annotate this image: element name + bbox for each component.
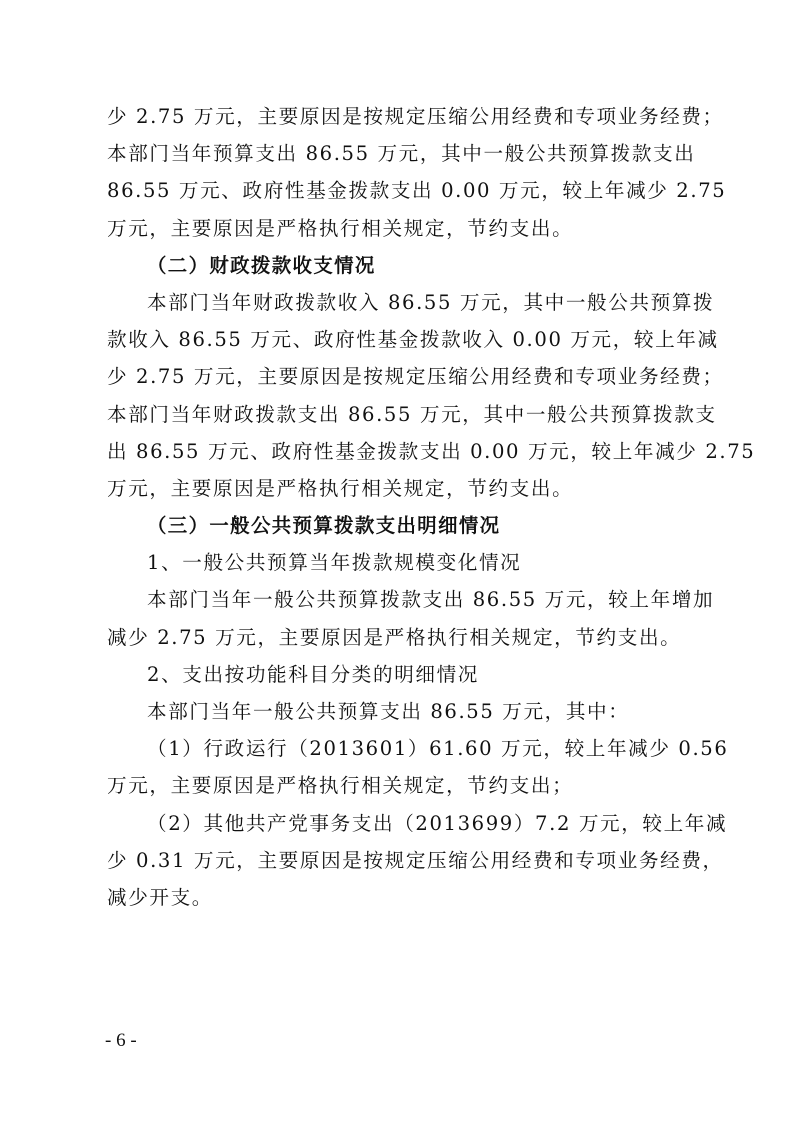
- section-heading-general-budget-detail: （三）一般公共预算拨款支出明细情况: [107, 507, 693, 544]
- paragraph-line: 本部门当年预算支出 86.55 万元，其中一般公共预算拨款支出: [107, 135, 693, 172]
- paragraph-line: 款收入 86.55 万元、政府性基金拨款收入 0.00 万元，较上年减: [107, 321, 693, 358]
- list-item-line: （2）其他共产党事务支出（2013699）7.2 万元，较上年减: [107, 805, 693, 842]
- subsection-title: 1、一般公共预算当年拨款规模变化情况: [107, 544, 693, 581]
- paragraph-line: 本部门当年一般公共预算拨款支出 86.55 万元，较上年增加: [107, 581, 693, 618]
- list-item-line: 减少开支。: [107, 879, 693, 916]
- subsection-title: 2、支出按功能科目分类的明细情况: [107, 656, 693, 693]
- paragraph-line: 减少 2.75 万元，主要原因是严格执行相关规定，节约支出。: [107, 619, 693, 656]
- paragraph-line: 86.55 万元、政府性基金拨款支出 0.00 万元，较上年减少 2.75: [107, 172, 693, 209]
- paragraph-line: 少 2.75 万元，主要原因是按规定压缩公用经费和专项业务经费；: [107, 358, 693, 395]
- paragraph-line: 万元，主要原因是严格执行相关规定，节约支出。: [107, 470, 693, 507]
- list-item-line: 万元，主要原因是严格执行相关规定，节约支出；: [107, 767, 693, 804]
- page-number: - 6 -: [105, 1030, 137, 1052]
- list-item-line: 少 0.31 万元，主要原因是按规定压缩公用经费和专项业务经费，: [107, 842, 693, 879]
- paragraph-line: 出 86.55 万元、政府性基金拨款支出 0.00 万元，较上年减少 2.75: [107, 433, 693, 470]
- section-heading-fiscal-appropriation: （二）财政拨款收支情况: [107, 247, 693, 284]
- list-item-line: （1）行政运行（2013601）61.60 万元，较上年减少 0.56: [107, 730, 693, 767]
- paragraph-line: 万元，主要原因是严格执行相关规定，节约支出。: [107, 210, 693, 247]
- paragraph-line: 本部门当年财政拨款收入 86.55 万元，其中一般公共预算拨: [107, 284, 693, 321]
- paragraph-line: 少 2.75 万元，主要原因是按规定压缩公用经费和专项业务经费；: [107, 98, 693, 135]
- paragraph-line: 本部门当年一般公共预算支出 86.55 万元，其中：: [107, 693, 693, 730]
- document-page: 少 2.75 万元，主要原因是按规定压缩公用经费和专项业务经费； 本部门当年预算…: [107, 98, 693, 916]
- paragraph-line: 本部门当年财政拨款支出 86.55 万元，其中一般公共预算拨款支: [107, 396, 693, 433]
